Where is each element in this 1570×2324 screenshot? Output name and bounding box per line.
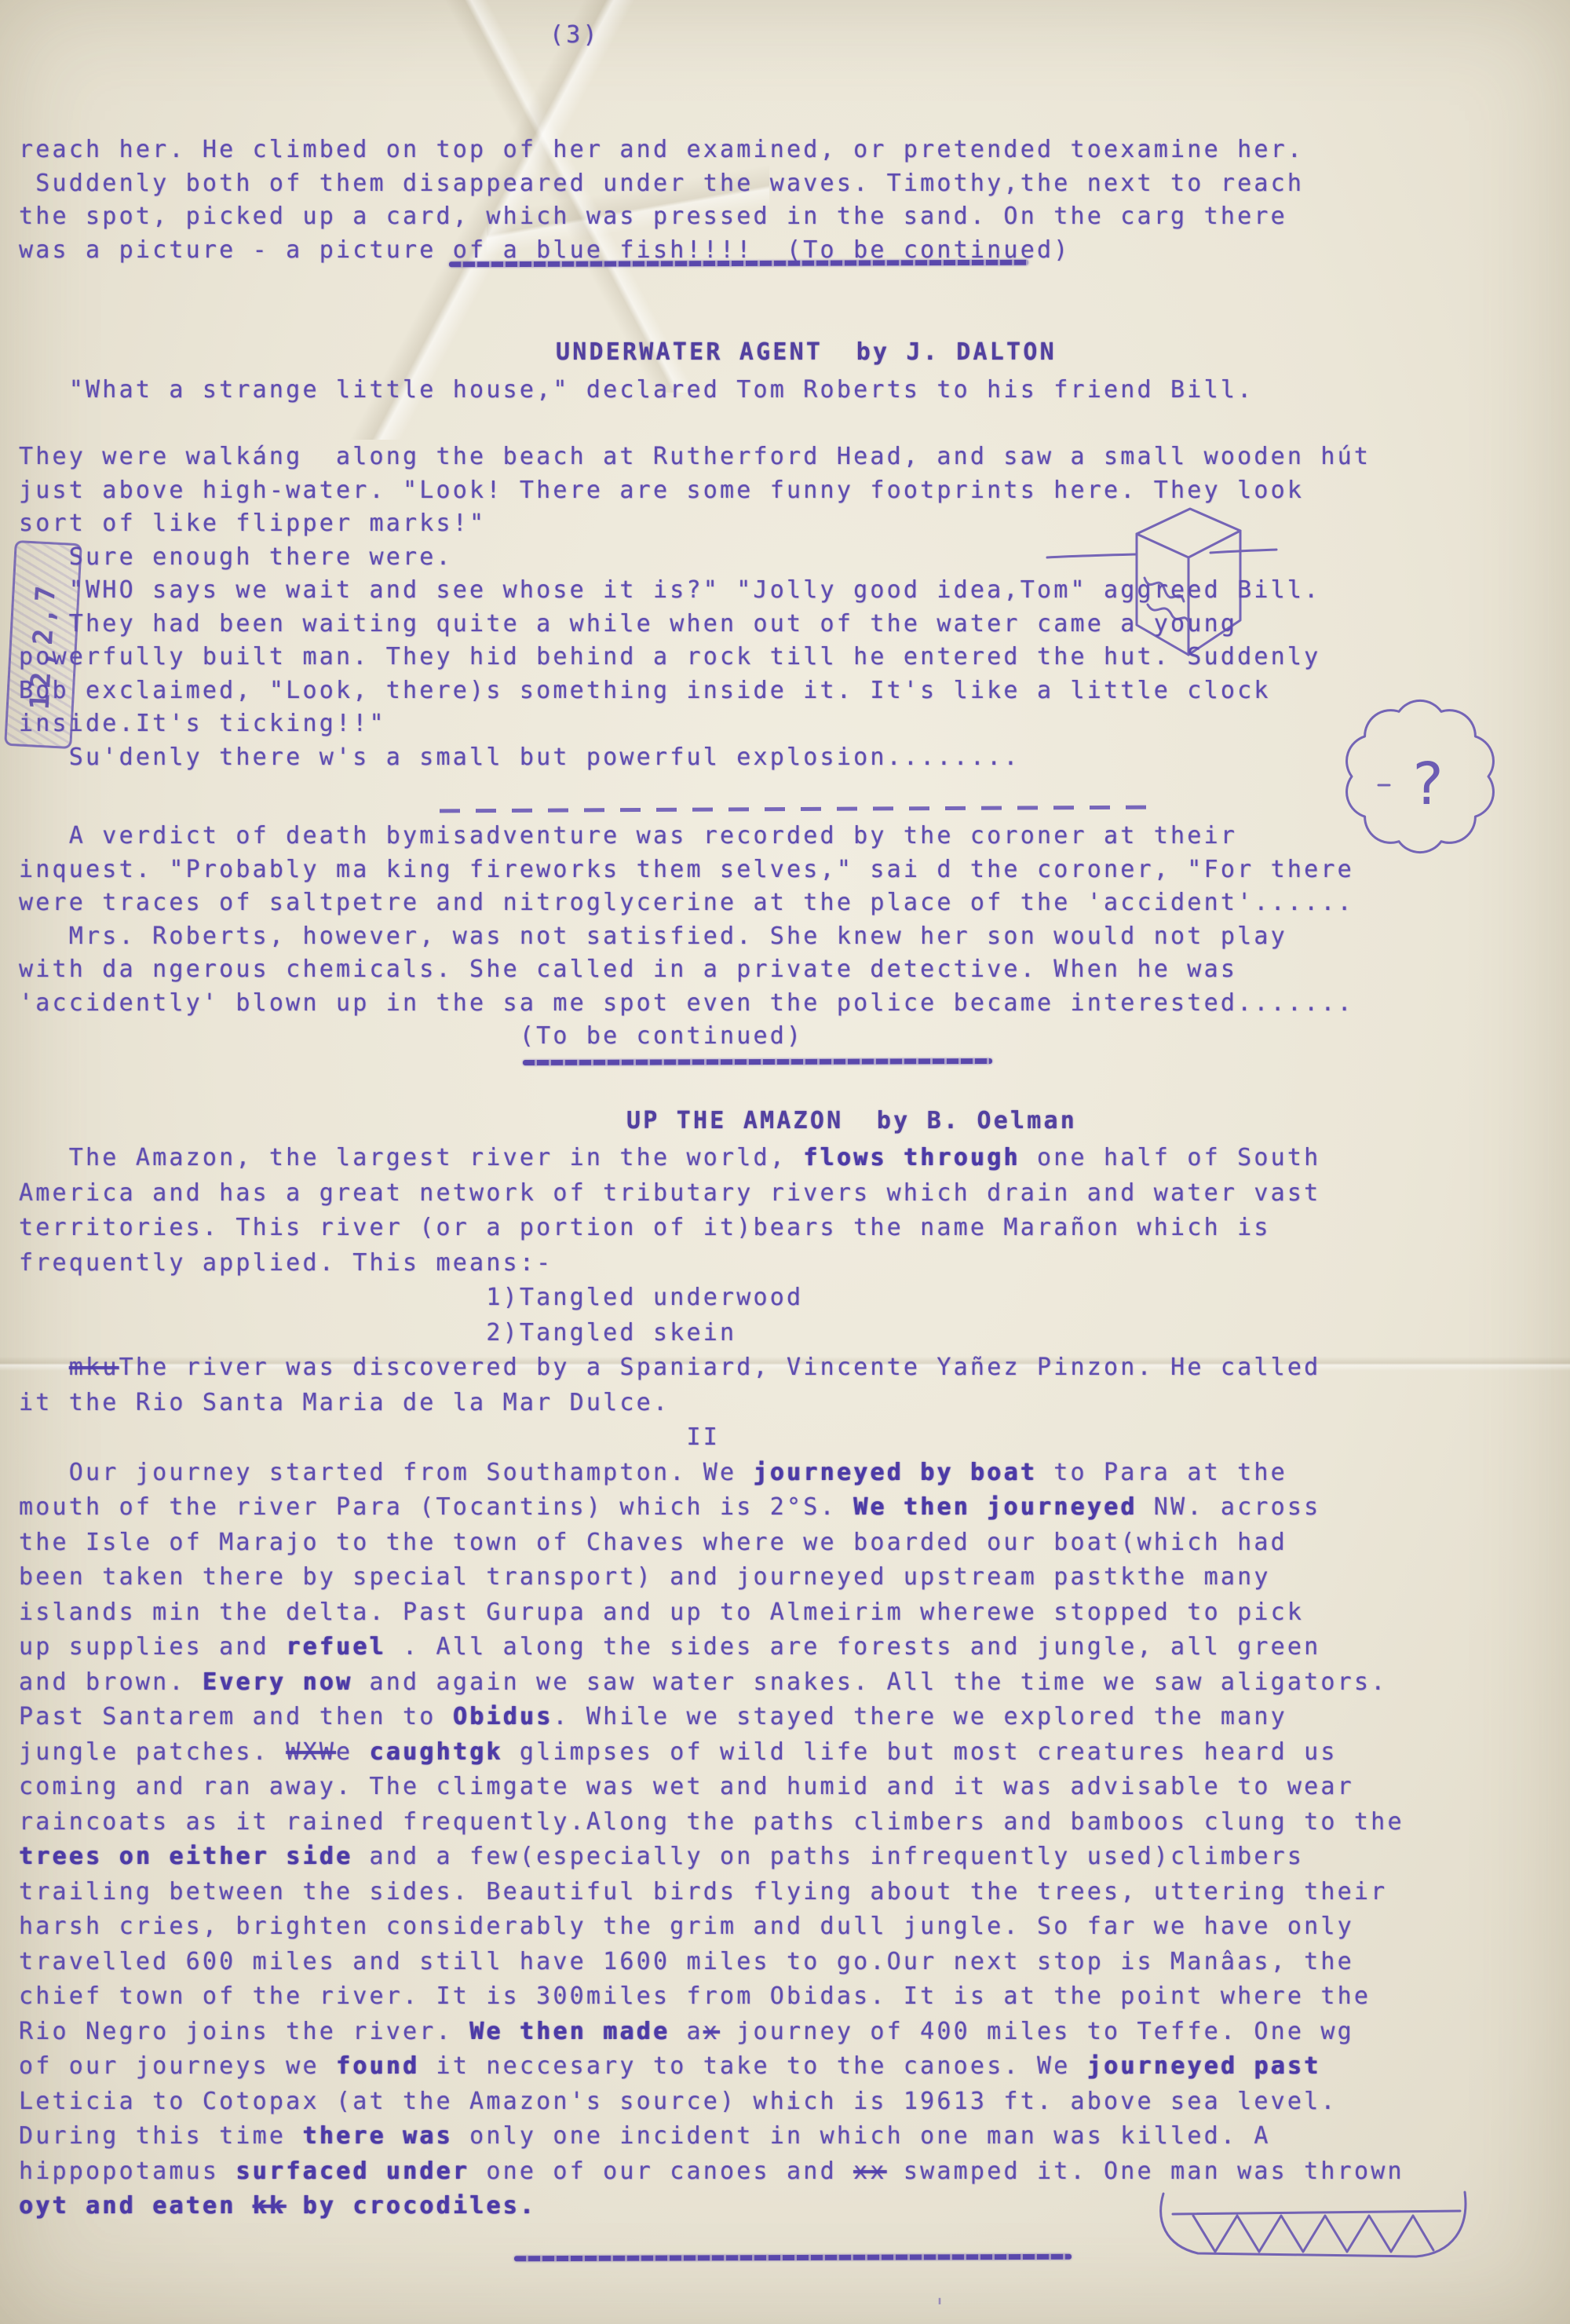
paper-sheet: (3) reach her. He climbed on top of her …	[0, 0, 1570, 2324]
stamp-date-label: 12,2,7	[24, 579, 63, 711]
text-line: Su'denly there w's a small but powerful …	[19, 741, 1371, 775]
text-line: up supplies and refuel . All along the s…	[19, 1630, 1404, 1665]
text-line: the Isle of Marajo to the town of Chaves…	[19, 1526, 1404, 1561]
text-line: Our journey started from Southampton. We…	[19, 1456, 1404, 1491]
text-line: Suddenly both of them disappeared under …	[19, 167, 1304, 201]
text-line: coming and ran away. The climgate was we…	[19, 1770, 1404, 1805]
text-line: 1)Tangled underwood	[19, 1281, 1404, 1316]
intro-paragraph: reach her. He climbed on top of her and …	[19, 133, 1304, 267]
margin-stamp: 12,2,7	[4, 540, 82, 749]
text-line: America and has a great network of tribu…	[19, 1176, 1404, 1211]
amazon-story: The Amazon, the largest river in the wor…	[19, 1141, 1404, 2224]
canoe-icon	[1152, 2187, 1482, 2266]
text-line: islands min the delta. Past Gurupa and u…	[19, 1595, 1404, 1631]
underwater-title: UNDERWATER AGENT by J. DALTON	[556, 338, 1057, 366]
text-line: Rio Negro joins the river. We then made …	[19, 2015, 1404, 2050]
text-line: inside.It's ticking!!"	[19, 707, 1371, 741]
amazon-title: UP THE AMAZON by B. Oelman	[626, 1107, 1077, 1135]
beach-hut-icon	[1044, 485, 1280, 705]
text-line: mkuThe river was discovered by a Spaniar…	[19, 1350, 1404, 1386]
text-line: were traces of saltpetre and nitroglycer…	[19, 886, 1354, 920]
text-line: territories. This river (or a portion of…	[19, 1211, 1404, 1246]
text-line: 2)Tangled skein	[19, 1316, 1404, 1351]
text-line: trailing between the sides. Beautiful bi…	[19, 1875, 1404, 1910]
text-line: "What a strange little house," declared …	[19, 374, 1371, 407]
text-line: it the Rio Santa Maria de la Mar Dulce.	[19, 1386, 1404, 1421]
text-line: frequently applied. This means:-	[19, 1246, 1404, 1281]
text-line	[19, 407, 1371, 441]
text-line: and brown. Every now and again we saw wa…	[19, 1665, 1404, 1701]
text-line: Mrs. Roberts, however, was not satisfied…	[19, 920, 1354, 954]
text-line: mouth of the river Para (Tocantins) whic…	[19, 1490, 1404, 1526]
stray-ink-tick: '	[933, 2294, 948, 2322]
text-line: (To be continued)	[19, 1020, 1354, 1054]
text-line: inquest. "Probably ma king fireworks the…	[19, 853, 1354, 887]
text-line: Leticia to Cotopax (at the Amazon's sour…	[19, 2085, 1404, 2120]
text-line: hippopotamus surfaced under one of our c…	[19, 2154, 1404, 2190]
text-line: jungle patches. WXWe caughtgk glimpses o…	[19, 1735, 1404, 1770]
text-line: II	[19, 1420, 1404, 1456]
text-line: Past Santarem and then to Obidus. While …	[19, 1700, 1404, 1735]
text-line: During this time there was only one inci…	[19, 2119, 1404, 2154]
text-line: reach her. He climbed on top of her and …	[19, 133, 1304, 167]
text-line: 'accidently' blown up in the sa me spot …	[19, 987, 1354, 1021]
text-line: trees on either side and a few(especiall…	[19, 1840, 1404, 1875]
text-line: travelled 600 miles and still have 1600 …	[19, 1945, 1404, 1980]
text-line: raincoats as it rained frequently.Along …	[19, 1805, 1404, 1840]
verdict-paragraph: A verdict of death bymisadventure was re…	[19, 820, 1354, 1054]
text-line: The Amazon, the largest river in the wor…	[19, 1141, 1404, 1176]
text-line: with da ngerous chemicals. She called in…	[19, 953, 1354, 987]
page-number: (3)	[549, 19, 600, 53]
text-line: A verdict of death bymisadventure was re…	[19, 820, 1354, 853]
text-line: They were walkáng along the beach at Rut…	[19, 440, 1371, 474]
question-mark-icon: ?	[1410, 751, 1445, 818]
section-divider-3	[514, 2254, 1072, 2261]
text-line: of our journeys we found it neccesary to…	[19, 2049, 1404, 2085]
text-line: harsh cries, brighten considerably the g…	[19, 1909, 1404, 1945]
text-line: been taken there by special transport) a…	[19, 1560, 1404, 1595]
text-line: the spot, picked up a card, which was pr…	[19, 200, 1304, 234]
text-line: chief town of the river. It is 300miles …	[19, 1979, 1404, 2015]
explosion-cloud-icon: ?	[1328, 685, 1513, 869]
crossed-out-line	[440, 806, 1150, 813]
section-divider-2	[523, 1058, 992, 1065]
